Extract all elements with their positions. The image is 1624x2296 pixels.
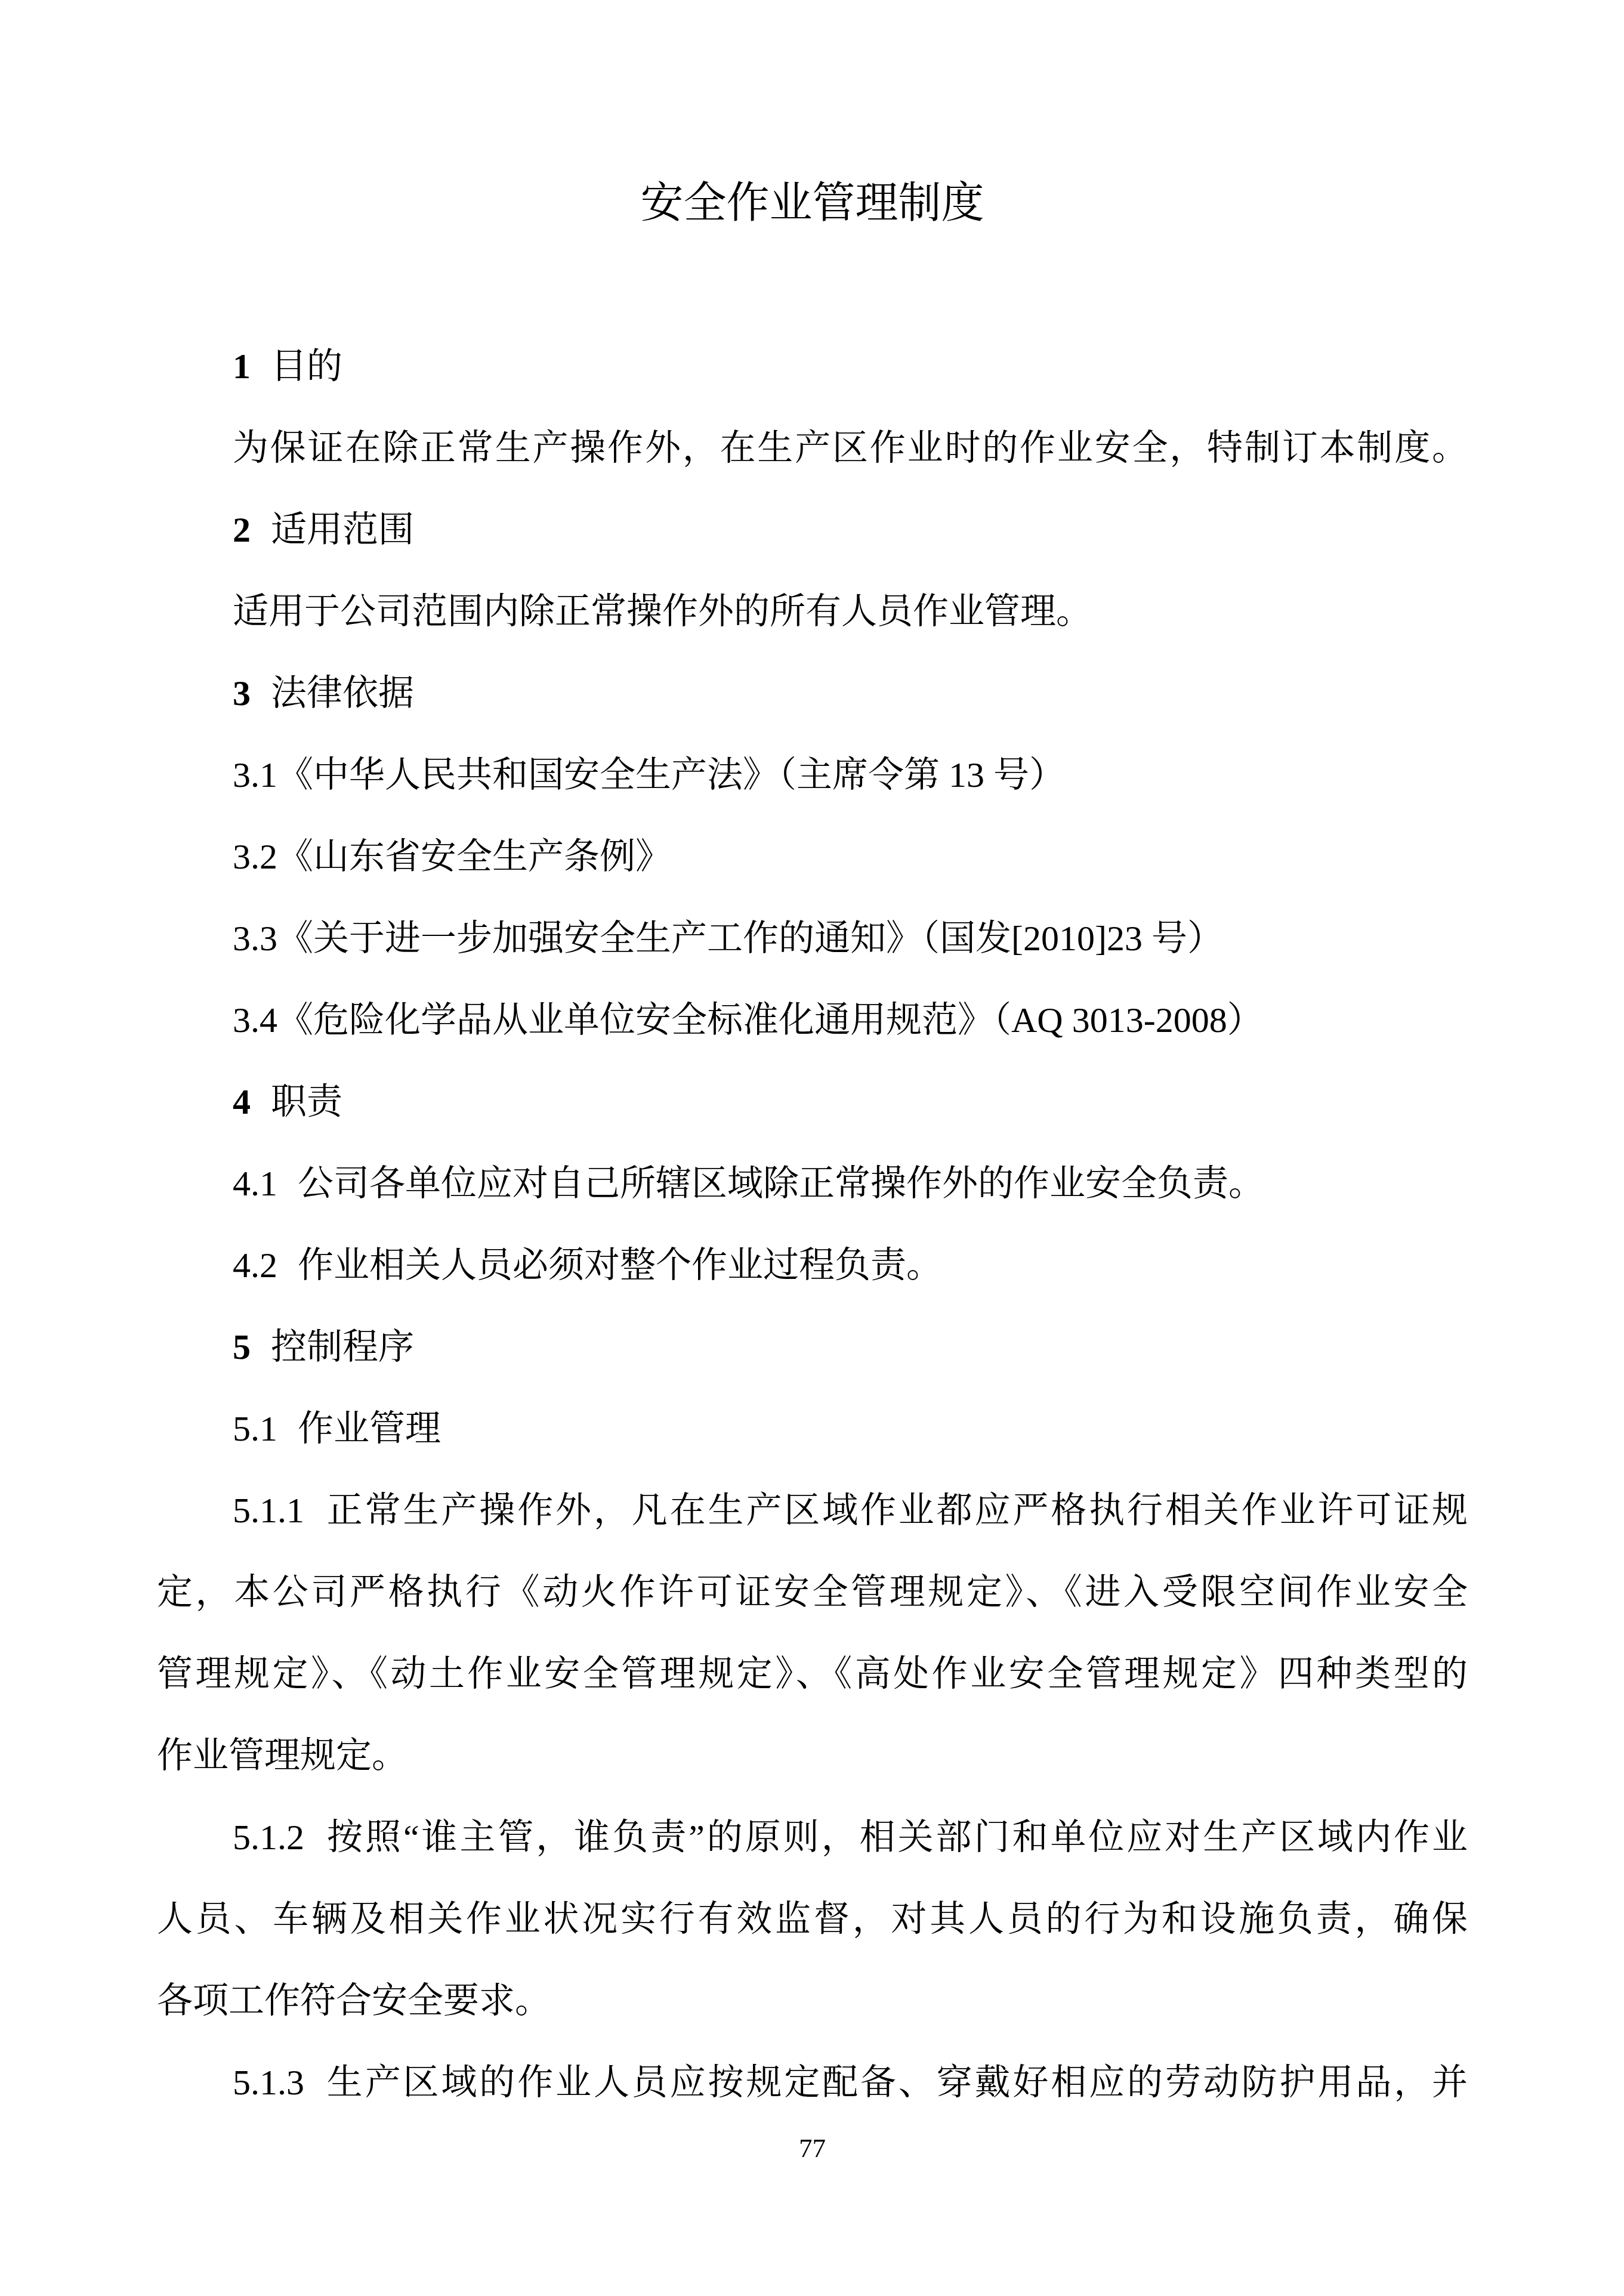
para-5-1-1-line-3: 管理规定》、《动土作业安全管理规定》、《高处作业安全管理规定》四种类型的	[157, 1633, 1468, 1715]
line-text: 目的	[271, 347, 342, 386]
line-text: 适用范围	[271, 510, 414, 549]
line-text: 各项工作符合安全要求。	[157, 1981, 551, 2020]
section-number: 4.1	[233, 1164, 277, 1203]
section-number: 5.1.3	[233, 2063, 304, 2102]
line-text: 正常生产操作外，凡在生产区域作业都应严格执行相关作业许可证规	[325, 1491, 1468, 1530]
line-text: 人员、车辆及相关作业状况实行有效监督，对其人员的行为和设施负责，确保	[157, 1899, 1468, 1939]
line-text: 管理规定》、《动土作业安全管理规定》、《高处作业安全管理规定》四种类型的	[157, 1654, 1468, 1694]
line-text: 法律依据	[271, 673, 414, 713]
line-text: 职责	[271, 1082, 342, 1121]
para-5-1-1-line-2: 定，本公司严格执行《动火作许可证安全管理规定》、《进入受限空间作业安全	[157, 1552, 1468, 1633]
heading-legal-basis: 3法律依据	[157, 653, 1468, 734]
section-number: 4.2	[233, 1246, 277, 1285]
para-scope: 适用于公司范围内除正常操作外的所有人员作业管理。	[157, 571, 1468, 653]
line-text: 作业管理规定。	[157, 1736, 407, 1775]
document-page: 安全作业管理制度 1目的 为保证在除正常生产操作外，在生产区作业时的作业安全，特…	[0, 0, 1624, 2296]
section-number: 3	[233, 673, 251, 713]
heading-control-procedure: 5控制程序	[157, 1306, 1468, 1388]
para-purpose: 为保证在除正常生产操作外，在生产区作业时的作业安全，特制订本制度。	[157, 407, 1468, 489]
section-number: 1	[233, 347, 251, 386]
line-text: 作业相关人员必须对整个作业过程负责。	[298, 1246, 942, 1285]
legal-ref-3-1: 3.1《中华人民共和国安全生产法》（主席令第 13 号）	[157, 734, 1468, 816]
heading-duty: 4职责	[157, 1061, 1468, 1143]
para-5-1-work-management: 5.1作业管理	[157, 1388, 1468, 1470]
legal-ref-3-4: 3.4《危险化学品从业单位安全标准化通用规范》（AQ 3013-2008）	[157, 979, 1468, 1061]
legal-ref-3-3: 3.3《关于进一步加强安全生产工作的通知》（国发[2010]23 号）	[157, 898, 1468, 979]
section-number: 5	[233, 1327, 251, 1367]
para-5-1-2-line-3: 各项工作符合安全要求。	[157, 1960, 1468, 2042]
line-text: 3.2《山东省安全生产条例》	[233, 837, 671, 876]
para-duty-4-1: 4.1公司各单位应对自己所辖区域除正常操作外的作业安全负责。	[157, 1143, 1468, 1225]
line-text: 公司各单位应对自己所辖区域除正常操作外的作业安全负责。	[298, 1164, 1264, 1203]
para-5-1-2-line-1: 5.1.2按照“谁主管，谁负责”的原则，相关部门和单位应对生产区域内作业	[157, 1797, 1468, 1878]
line-text: 作业管理	[298, 1409, 441, 1448]
para-5-1-1-line-1: 5.1.1正常生产操作外，凡在生产区域作业都应严格执行相关作业许可证规	[157, 1470, 1468, 1552]
line-text: 控制程序	[271, 1327, 414, 1367]
legal-ref-3-2: 3.2《山东省安全生产条例》	[157, 816, 1468, 898]
para-duty-4-2: 4.2作业相关人员必须对整个作业过程负责。	[157, 1225, 1468, 1306]
line-text: 3.4《危险化学品从业单位安全标准化通用规范》（AQ 3013-2008）	[233, 1000, 1263, 1040]
title-spacer	[157, 244, 1468, 326]
line-text: 适用于公司范围内除正常操作外的所有人员作业管理。	[233, 592, 1092, 631]
line-text: 定，本公司严格执行《动火作许可证安全管理规定》、《进入受限空间作业安全	[157, 1572, 1468, 1612]
section-number: 5.1.2	[233, 1818, 304, 1857]
para-5-1-1-line-4: 作业管理规定。	[157, 1715, 1468, 1797]
line-text: 3.3《关于进一步加强安全生产工作的通知》（国发[2010]23 号）	[233, 919, 1223, 958]
para-5-1-3-line-1: 5.1.3生产区域的作业人员应按规定配备、穿戴好相应的劳动防护用品，并	[157, 2042, 1468, 2124]
section-number: 5.1	[233, 1409, 277, 1448]
heading-scope: 2适用范围	[157, 489, 1468, 571]
page-number: 77	[157, 2130, 1468, 2167]
heading-purpose: 1目的	[157, 326, 1468, 407]
section-number: 4	[233, 1082, 251, 1121]
line-text: 生产区域的作业人员应按规定配备、穿戴好相应的劳动防护用品，并	[325, 2063, 1468, 2102]
line-text: 为保证在除正常生产操作外，在生产区作业时的作业安全，特制订本制度。	[233, 428, 1468, 468]
document-title: 安全作业管理制度	[157, 162, 1468, 244]
section-number: 5.1.1	[233, 1491, 304, 1530]
line-text: 按照“谁主管，谁负责”的原则，相关部门和单位应对生产区域内作业	[325, 1818, 1468, 1857]
section-number: 2	[233, 510, 251, 549]
line-text: 3.1《中华人民共和国安全生产法》（主席令第 13 号）	[233, 755, 1065, 795]
para-5-1-2-line-2: 人员、车辆及相关作业状况实行有效监督，对其人员的行为和设施负责，确保	[157, 1878, 1468, 1960]
